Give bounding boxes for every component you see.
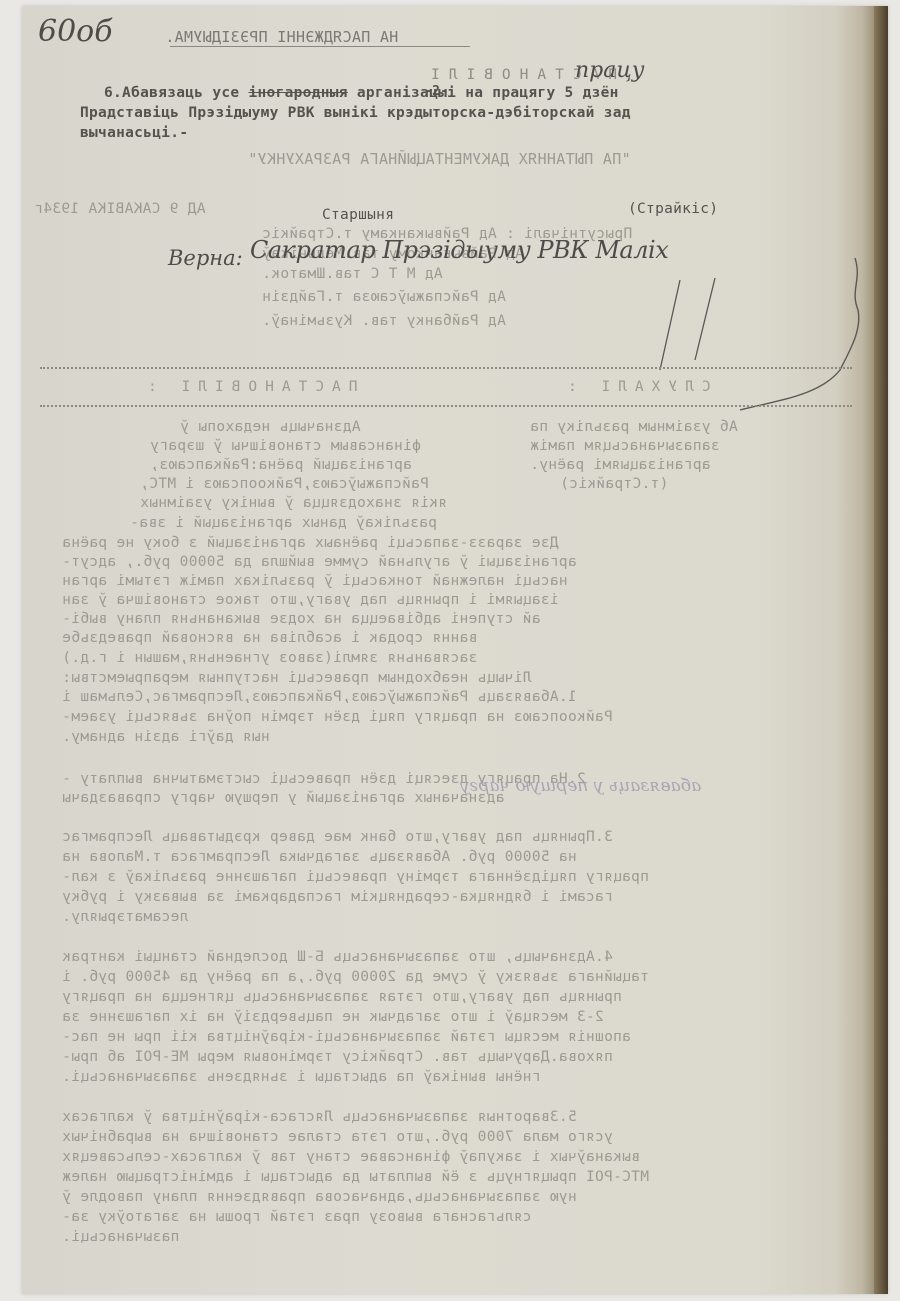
title-underline xyxy=(170,46,470,47)
bleed-present-3: Ад М Т С тав.Шматок. xyxy=(262,265,443,284)
heard-line: запазычанасьцям паміж xyxy=(530,437,720,456)
body-line: ай ступені адбіваецца на ходзе выкананьн… xyxy=(62,610,541,629)
item6-line3: вычанасьці.- xyxy=(80,124,188,143)
body-line: Лічыць неабходным правесьці наступныя ме… xyxy=(62,669,586,688)
body-line: насьці належнай тонкасьці ў разьліках па… xyxy=(62,572,568,591)
heard-line: (т.Страйкіс) xyxy=(560,475,668,494)
heard-line: арганізацыямі раёну. xyxy=(530,456,711,475)
body-line: пазычанасьці. xyxy=(62,1228,179,1247)
decided-line: якія знаходзяцца ў выніку узаімных xyxy=(140,494,447,513)
item6-struck-word: іногародныя xyxy=(248,85,347,101)
decided-line: разьлікаў даных арганізацый і зва- xyxy=(130,514,437,533)
body-line: выканаўчых і закупаў фінансавае стану та… xyxy=(62,1148,640,1167)
bleed-top-title: НА ПАСЯДЖЭННІ ПРЭЗІДЫУМА. xyxy=(165,28,398,47)
bleed-col-header-decided: ПАСТАНОВІЛІ : xyxy=(140,378,358,397)
body-line: 1.Абавязаць Райспажыўсаюз,Райкапсаюз,Лес… xyxy=(62,688,577,707)
body-line: арганізацыі ў агульнай сумме выйшла да 5… xyxy=(62,553,577,572)
bleed-present-5: Ад Райбанку тав. Кузьмінаў. xyxy=(262,312,506,331)
handwritten-sign-label: Верна: xyxy=(168,246,243,270)
body-line: адзначаных арганізацый у першую чаргу сп… xyxy=(62,789,504,808)
bleed-col-header-heard: СЛУХАЛІ : xyxy=(560,378,711,397)
body-line: сяльгаснага вывозу праз гэтай грошы на з… xyxy=(62,1208,532,1227)
body-line: ныя даўгі адзін аднаму. xyxy=(62,728,270,747)
body-line: працягу пяцідзённага тэрміну правесьці п… xyxy=(62,868,649,887)
body-line: 4.Адзначыць, што запазычанасьць Б-Ш досл… xyxy=(62,948,613,967)
body-line: МТС-РОІ прыцягнуць з ёй выплаты да адыст… xyxy=(62,1168,649,1187)
body-line: засяваньня зямлі(завоз угнаеньня,машын і… xyxy=(62,649,477,668)
bleed-date-line: АД 9 САКАВІКА 1934г xyxy=(34,200,206,219)
decided-line: Райспажыўсаюз,Райкоопсаюз і МТС, xyxy=(140,475,429,494)
item6-text-b: арганізацыі на працягу 5 дзён xyxy=(348,85,619,101)
body-line: гнёны вынікаў па адыстацы і зьнядзень за… xyxy=(62,1068,541,1087)
bleed-present-4: Ад Райспажыўсаюза т.Гайдзін xyxy=(262,288,506,307)
decided-line: Адзначыць недахопы ў xyxy=(180,418,361,437)
divider-bottom xyxy=(40,405,852,407)
body-line: тацыйнага зьвязку ў суме да 20000 руб.,а… xyxy=(62,968,649,987)
faint-handwriting: абавязаць у першую чаргу xyxy=(460,776,701,796)
body-line: на 50000 руб. Абавязаць загадчыка Леспра… xyxy=(62,848,577,867)
body-line: Дзе заразз-запасьці раёнаых арганізацый … xyxy=(62,534,559,553)
heard-line: Аб узаімным разьліку па xyxy=(530,418,738,437)
body-line: 3.Прыняць пад увагу,што банк мае давер к… xyxy=(62,828,613,847)
item6-text-a: 6.Абавязаць усе xyxy=(104,85,248,101)
signature-name: (Страйкіс) xyxy=(628,200,718,219)
item6-line1: 6.Абавязаць усе іногародныя арганізацыі … xyxy=(104,84,619,103)
body-line: 2-3 месяцаў і што загадчык не пацьвердзі… xyxy=(62,1008,604,1027)
body-line: Райкоопсаюз на працягу пяці дзён тэрмін … xyxy=(62,708,613,727)
folio-mark: 60об xyxy=(38,14,113,49)
body-line: ізацыямі і прыняць пад увагу,што такое с… xyxy=(62,591,559,610)
body-line: лесаматэрыялу. xyxy=(62,908,188,927)
binding-edge xyxy=(874,6,888,1294)
decided-line: арганізацый раёна:Райкапсаюз, xyxy=(150,456,412,475)
signature-chairman: Старшыня xyxy=(322,206,394,225)
body-line: 5.Зваротныя запазычанасьць Лясгаса-кіраў… xyxy=(62,1108,577,1127)
body-line: вання сродак і асабліва на вясновай прав… xyxy=(62,629,477,648)
body-line: пяхова.Даручыць тав. Страйкісу тэрміновы… xyxy=(62,1048,613,1067)
body-line: усяго мала 7000 руб.,што гэта сталае ста… xyxy=(62,1128,613,1147)
body-line: гасамі і бядняцка-серадняцкім гаспадарка… xyxy=(62,888,613,907)
divider-top xyxy=(40,367,852,369)
body-line: апошнія месяцы гэтай запазычанасьці-кіра… xyxy=(62,1028,631,1047)
body-line: ную запазычанасьць,адначасова правядзенн… xyxy=(62,1188,577,1207)
handwritten-insert: працу xyxy=(575,58,644,83)
body-line: прыняць пад увагу,што гэтая запазычанась… xyxy=(62,988,622,1007)
decided-line: фінансавым становішчы ў шэрагу xyxy=(150,437,421,456)
bleed-quoted-title: "ПА ПЫТАННЯХ ДАКУМЕНТАЦЫЙНАГА РАЗРАХУНКУ… xyxy=(248,150,631,169)
item6-line2: Прадставіць Прэзідыуму РВК вынікі крэдыт… xyxy=(80,104,631,123)
